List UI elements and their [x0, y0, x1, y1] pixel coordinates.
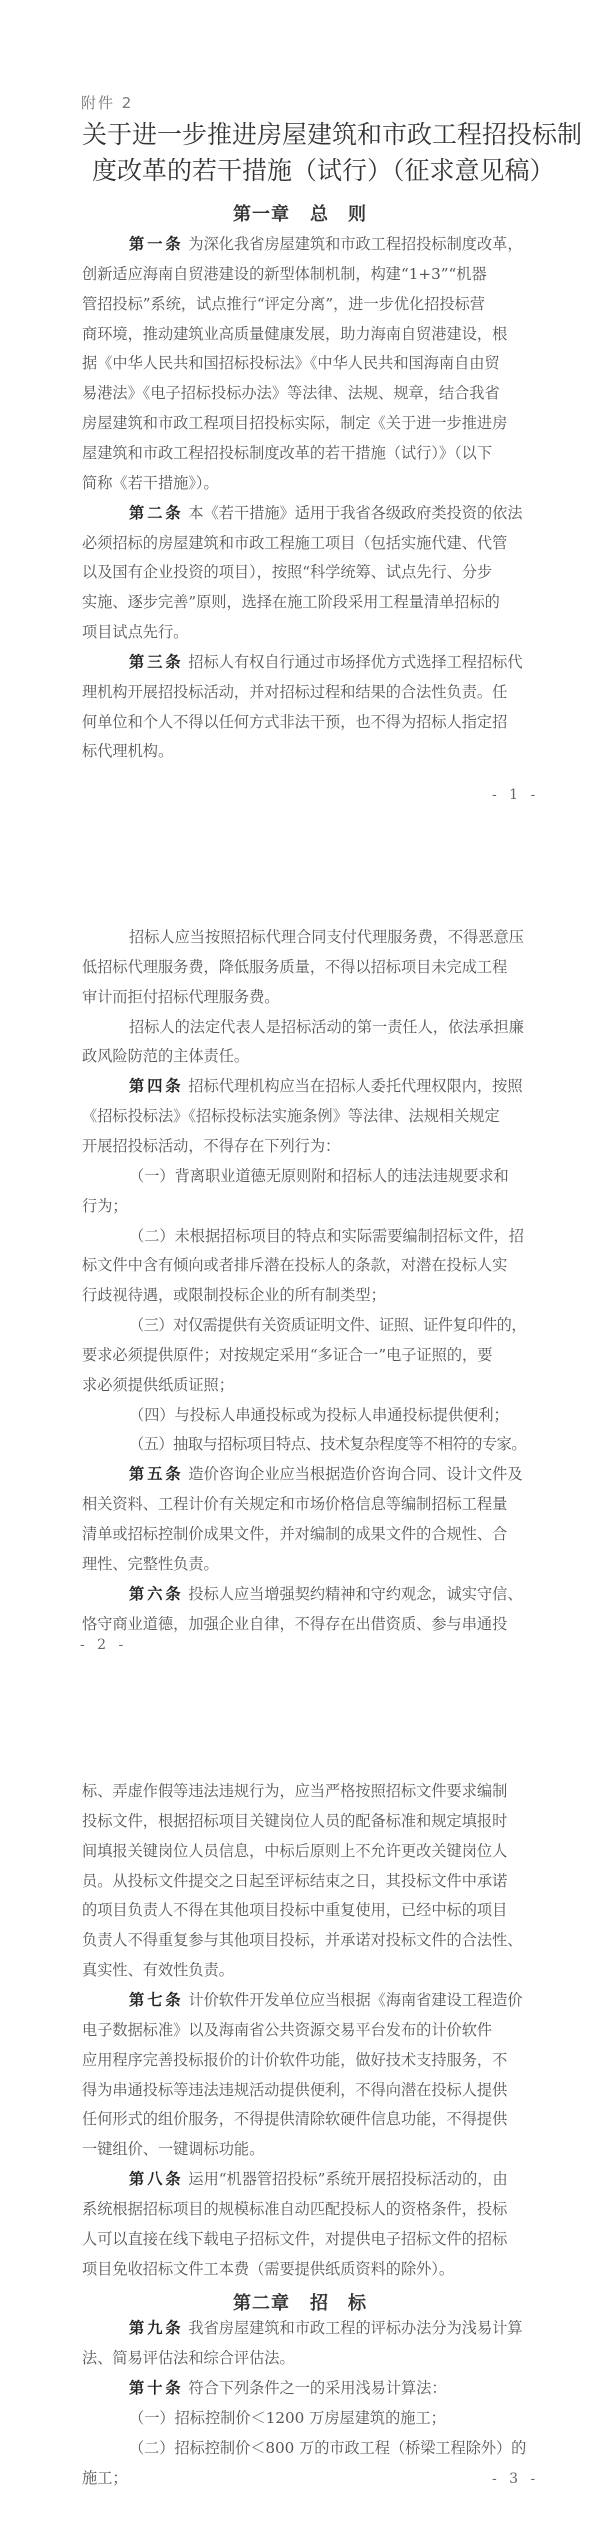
text-line: 商环境，推动建筑业高质量健康发展，助力海南自贸港建设，根	[82, 319, 526, 349]
line-text: 理性、完整性负责。	[82, 1555, 219, 1573]
line-text: 理机构开展招投标活动，并对招标过程和结果的合法性负责。任	[82, 683, 507, 701]
line-text: 清单或招标控制价成果文件，并对编制的成果文件的合规性、合	[82, 1525, 507, 1543]
chapter-name: 总 则	[310, 204, 367, 225]
line-text: （四）与投标人串通投标或为投标人串通投标提供便利；	[129, 1406, 509, 1424]
chapter-label: 第一章	[233, 204, 290, 225]
line-text: 恪守商业道德，加强企业自律，不得存在出借资质、参与串通投	[82, 1615, 507, 1633]
line-text: 我省房屋建筑和市政工程的评标办法分为浅易计算	[188, 2319, 522, 2337]
text-line: 何单位和个人不得以任何方式非法干预，也不得为招标人指定招	[82, 707, 526, 737]
line-text: 求必须提供纸质证照；	[82, 1376, 234, 1394]
text-line: 恪守商业道德，加强企业自律，不得存在出借资质、参与串通投	[82, 1609, 526, 1639]
attachment-label: 附件 2	[81, 92, 133, 113]
text-line: 清单或招标控制价成果文件，并对编制的成果文件的合规性、合	[82, 1519, 526, 1549]
article-first-line: 第三条 招标人有权自行通过市场择优方式选择工程招标代	[129, 647, 526, 677]
article-number: 第四条	[129, 1077, 184, 1095]
line-text: 实施、逐步完善”原则，选择在施工阶段采用工程量清单招标的	[82, 593, 500, 611]
line-text: 标、弄虚作假等违法违规行为，应当严格按照招标文件要求编制	[82, 1782, 507, 1800]
text-line: 创新适应海南自贸港建设的新型体制机制，构建“1+3”“机器	[82, 259, 526, 289]
text-line: 行为；	[82, 1191, 526, 1221]
text-line: （五）抽取与招标项目特点、技术复杂程度等不相符的专家。	[129, 1429, 526, 1459]
article-first-line: 第八条 运用“机器管招投标”系统开展招投标活动的，由	[129, 2164, 526, 2194]
text-line: 施工；	[82, 2463, 526, 2493]
text-line: 员。从投标文件提交之日起至评标结束之日，其投标文件中承诺	[82, 1866, 526, 1896]
article-number: 第三条	[129, 653, 184, 671]
line-text: 相关资料、工程计价有关规定和市场价格信息等编制招标工程量	[82, 1495, 507, 1513]
text-line: 标文件中含有倾向或者排斥潜在投标人的条款，对潜在投标人实	[82, 1250, 526, 1280]
text-line: 易港法》《电子招标投标办法》等法律、法规、规章，结合我省	[82, 378, 526, 408]
text-line: 任何形式的组价服务，不得提供清除软硬件信息功能，不得提供	[82, 2104, 526, 2134]
text-line: 要求必须提供原件；对按规定采用“多证合一”电子证照的，要	[82, 1340, 526, 1370]
line-text: 项目试点先行。	[82, 623, 188, 641]
document-title-line-2: 度改革的若干措施（试行）（征求意见稿）	[92, 156, 542, 186]
text-line: （一）招标控制价＜1200 万房屋建筑的施工；	[129, 2403, 526, 2433]
text-line: 项目试点先行。	[82, 617, 526, 647]
text-line: 法、简易评估法和综合评估法。	[82, 2343, 526, 2373]
text-line: 标、弄虚作假等违法违规行为，应当严格按照招标文件要求编制	[82, 1776, 526, 1806]
text-line: 审计而拒付招标代理服务费。	[82, 982, 526, 1012]
line-text: 《招标投标法》《招标投标法实施条例》等法律、法规相关规定	[82, 1107, 500, 1125]
line-text: 真实性、有效性负责。	[82, 1961, 234, 1979]
line-text: 以及国有企业投资的项目），按照“科学统筹、试点先行、分步	[82, 563, 492, 581]
text-line: 得为串通投标等违法违规活动提供便利，不得向潜在投标人提供	[82, 2075, 526, 2105]
line-text: （二）招标控制价＜800 万的市政工程（桥梁工程除外）的	[129, 2439, 526, 2457]
line-text: 的项目负责人不得在其他项目投标中重复使用，已经中标的项目	[82, 1901, 507, 1919]
chapter-heading-1: 第一章总 则	[0, 200, 600, 226]
text-line: 低招标代理服务费，降低服务质量，不得以招标项目未完成工程	[82, 952, 526, 982]
text-line: 招标人应当按照招标代理合同支付代理服务费，不得恶意压	[129, 922, 526, 952]
text-line: 电子数据标准》以及海南省公共资源交易平台发布的计价软件	[82, 2015, 526, 2045]
text-line: （一）背离职业道德无原则附和招标人的违法违规要求和	[129, 1161, 526, 1191]
line-text: 招标人的法定代表人是招标活动的第一责任人，依法承担廉	[129, 1018, 524, 1036]
text-line: 标代理机构。	[82, 736, 526, 766]
line-text: 得为串通投标等违法违规活动提供便利，不得向潜在投标人提供	[82, 2081, 507, 2099]
line-text: 易港法》《电子招标投标办法》等法律、法规、规章，结合我省	[82, 384, 500, 402]
line-text: （二）未根据招标项目的特点和实际需要编制招标文件，招	[129, 1227, 524, 1245]
line-text: （五）抽取与招标项目特点、技术复杂程度等不相符的专家。	[129, 1435, 526, 1453]
line-text: 审计而拒付招标代理服务费。	[82, 988, 279, 1006]
line-text: 造价咨询企业应当根据造价咨询合同、设计文件及	[188, 1465, 522, 1483]
line-text: （一）背离职业道德无原则附和招标人的违法违规要求和	[129, 1167, 509, 1185]
text-line: 据《中华人民共和国招标投标法》《中华人民共和国海南自由贸	[82, 348, 526, 378]
line-text: 招标人有权自行通过市场择优方式选择工程招标代	[188, 653, 522, 671]
page-number-3: - 3 -	[492, 2471, 539, 2487]
text-line: 系统根据招标项目的规模标准自动匹配投标人的资格条件，投标	[82, 2194, 526, 2224]
line-text: 行为；	[82, 1197, 128, 1215]
article-number: 第二条	[129, 504, 184, 522]
line-text: 屋建筑和市政工程招投标制度改革的若干措施（试行）》（以下	[82, 444, 492, 462]
line-text: 人可以直接在线下载电子招标文件，对提供电子招标文件的招标	[82, 2230, 507, 2248]
line-text: 符合下列条件之一的采用浅易计算法：	[188, 2379, 446, 2397]
line-text: 施工；	[82, 2469, 128, 2487]
article-number: 第六条	[129, 1585, 184, 1603]
chapter-heading-2: 第二章招 标	[0, 2289, 600, 2315]
text-line: 实施、逐步完善”原则，选择在施工阶段采用工程量清单招标的	[82, 587, 526, 617]
line-text: 投标人应当增强契约精神和守约观念，诚实守信、	[188, 1585, 522, 1603]
line-text: 员。从投标文件提交之日起至评标结束之日，其投标文件中承诺	[82, 1872, 507, 1890]
line-text: 招标人应当按照招标代理合同支付代理服务费，不得恶意压	[129, 928, 524, 946]
text-line: 屋建筑和市政工程招投标制度改革的若干措施（试行）》（以下	[82, 438, 526, 468]
line-text: 房屋建筑和市政工程项目招投标实际，制定《关于进一步推进房	[82, 414, 507, 432]
text-line: 求必须提供纸质证照；	[82, 1370, 526, 1400]
article-number: 第八条	[129, 2170, 184, 2188]
article-first-line: 第十条 符合下列条件之一的采用浅易计算法：	[129, 2373, 526, 2403]
text-line: 人可以直接在线下载电子招标文件，对提供电子招标文件的招标	[82, 2224, 526, 2254]
line-text: 项目免收招标文件工本费（需要提供纸质资料的除外）。	[82, 2260, 454, 2278]
line-text: 一键组价、一键调标功能。	[82, 2140, 264, 2158]
text-line: 管招投标”系统，试点推行“评定分离”，进一步优化招投标营	[82, 289, 526, 319]
text-line: 以及国有企业投资的项目），按照“科学统筹、试点先行、分步	[82, 557, 526, 587]
article-number: 第九条	[129, 2319, 184, 2337]
line-text: （一）招标控制价＜1200 万房屋建筑的施工；	[129, 2409, 446, 2427]
text-line: （三）对仅需提供有关资质证明文件、证照、证件复印件的，	[129, 1310, 526, 1340]
line-text: 标代理机构。	[82, 742, 173, 760]
text-line: 理机构开展招投标活动，并对招标过程和结果的合法性负责。任	[82, 677, 526, 707]
article-first-line: 第二条 本《若干措施》适用于我省各级政府类投资的依法	[129, 498, 526, 528]
article-number: 第五条	[129, 1465, 184, 1483]
line-text: 电子数据标准》以及海南省公共资源交易平台发布的计价软件	[82, 2021, 492, 2039]
article-first-line: 第六条 投标人应当增强契约精神和守约观念，诚实守信、	[129, 1579, 526, 1609]
line-text: 招标代理机构应当在招标人委托代理权限内，按照	[188, 1077, 522, 1095]
text-line: 开展招投标活动，不得存在下列行为：	[82, 1131, 526, 1161]
article-number: 第十条	[129, 2379, 184, 2397]
text-line: 简称《若干措施》）。	[82, 468, 526, 498]
text-line: 必须招标的房屋建筑和市政工程施工项目（包括实施代建、代管	[82, 528, 526, 558]
article-number: 第一条	[129, 235, 184, 253]
text-line: 《招标投标法》《招标投标法实施条例》等法律、法规相关规定	[82, 1101, 526, 1131]
line-text: 商环境，推动建筑业高质量健康发展，助力海南自贸港建设，根	[82, 325, 507, 343]
page-number-2: - 2 -	[80, 1637, 127, 1653]
line-text: 必须招标的房屋建筑和市政工程施工项目（包括实施代建、代管	[82, 534, 507, 552]
chapter-label: 第二章	[233, 2293, 290, 2314]
article-first-line: 第四条 招标代理机构应当在招标人委托代理权限内，按照	[129, 1071, 526, 1101]
line-text: 应用程序完善投标报价的计价软件功能，做好技术支持服务，不	[82, 2051, 507, 2069]
document-title-line-1: 关于进一步推进房屋建筑和市政工程招投标制	[82, 120, 532, 150]
line-text: 间填报关键岗位人员信息，中标后原则上不允许更改关键岗位人	[82, 1842, 507, 1860]
text-line: 相关资料、工程计价有关规定和市场价格信息等编制招标工程量	[82, 1489, 526, 1519]
line-text: 据《中华人民共和国招标投标法》《中华人民共和国海南自由贸	[82, 354, 500, 372]
line-text: 法、简易评估法和综合评估法。	[82, 2349, 295, 2367]
text-line: 间填报关键岗位人员信息，中标后原则上不允许更改关键岗位人	[82, 1836, 526, 1866]
line-text: 何单位和个人不得以任何方式非法干预，也不得为招标人指定招	[82, 713, 507, 731]
line-text: 投标文件，根据招标项目关键岗位人员的配备标准和规定填报时	[82, 1812, 507, 1830]
text-line: 负责人不得重复参与其他项目投标，并承诺对投标文件的合法性、	[82, 1925, 526, 1955]
text-line: 一键组价、一键调标功能。	[82, 2134, 526, 2164]
article-number: 第七条	[129, 1991, 184, 2009]
line-text: 开展招投标活动，不得存在下列行为：	[82, 1137, 340, 1155]
line-text: 简称《若干措施》）。	[82, 474, 219, 492]
line-text: 系统根据招标项目的规模标准自动匹配投标人的资格条件，投标	[82, 2200, 507, 2218]
line-text: 行歧视待遇，或限制投标企业的所有制类型；	[82, 1286, 386, 1304]
article-first-line: 第五条 造价咨询企业应当根据造价咨询合同、设计文件及	[129, 1459, 526, 1489]
line-text: 负责人不得重复参与其他项目投标，并承诺对投标文件的合法性、	[82, 1931, 522, 1949]
line-text: 要求必须提供原件；对按规定采用“多证合一”电子证照的，要	[82, 1346, 492, 1364]
text-line: 理性、完整性负责。	[82, 1549, 526, 1579]
text-line: 应用程序完善投标报价的计价软件功能，做好技术支持服务，不	[82, 2045, 526, 2075]
line-text: 运用“机器管招投标”系统开展招投标活动的，由	[188, 2170, 507, 2188]
line-text: 标文件中含有倾向或者排斥潜在投标人的条款，对潜在投标人实	[82, 1256, 507, 1274]
line-text: 计价软件开发单位应当根据《海南省建设工程造价	[188, 1991, 522, 2009]
text-line: 招标人的法定代表人是招标活动的第一责任人，依法承担廉	[129, 1012, 526, 1042]
text-line: （二）未根据招标项目的特点和实际需要编制招标文件，招	[129, 1221, 526, 1251]
article-first-line: 第七条 计价软件开发单位应当根据《海南省建设工程造价	[129, 1985, 526, 2015]
article-first-line: 第一条 为深化我省房屋建筑和市政工程招投标制度改革，	[129, 229, 526, 259]
text-line: 政风险防范的主体责任。	[82, 1041, 526, 1071]
text-line: 房屋建筑和市政工程项目招投标实际，制定《关于进一步推进房	[82, 408, 526, 438]
line-text: 任何形式的组价服务，不得提供清除软硬件信息功能，不得提供	[82, 2110, 507, 2128]
text-line: 项目免收招标文件工本费（需要提供纸质资料的除外）。	[82, 2254, 526, 2284]
chapter-name: 招 标	[310, 2293, 367, 2314]
line-text: （三）对仅需提供有关资质证明文件、证照、证件复印件的，	[129, 1316, 526, 1334]
text-line: 真实性、有效性负责。	[82, 1955, 526, 1985]
line-text: 创新适应海南自贸港建设的新型体制机制，构建“1+3”“机器	[82, 265, 487, 283]
page-number-1: - 1 -	[492, 787, 539, 803]
text-line: （四）与投标人串通投标或为投标人串通投标提供便利；	[129, 1400, 526, 1430]
line-text: 本《若干措施》适用于我省各级政府类投资的依法	[188, 504, 522, 522]
text-line: 投标文件，根据招标项目关键岗位人员的配备标准和规定填报时	[82, 1806, 526, 1836]
text-line: （二）招标控制价＜800 万的市政工程（桥梁工程除外）的	[129, 2433, 526, 2463]
article-first-line: 第九条 我省房屋建筑和市政工程的评标办法分为浅易计算	[129, 2313, 526, 2343]
line-text: 管招投标”系统，试点推行“评定分离”，进一步优化招投标营	[82, 295, 485, 313]
text-line: 行歧视待遇，或限制投标企业的所有制类型；	[82, 1280, 526, 1310]
line-text: 低招标代理服务费，降低服务质量，不得以招标项目未完成工程	[82, 958, 507, 976]
text-line: 的项目负责人不得在其他项目投标中重复使用，已经中标的项目	[82, 1895, 526, 1925]
line-text: 为深化我省房屋建筑和市政工程招投标制度改革，	[188, 235, 522, 253]
line-text: 政风险防范的主体责任。	[82, 1047, 249, 1065]
